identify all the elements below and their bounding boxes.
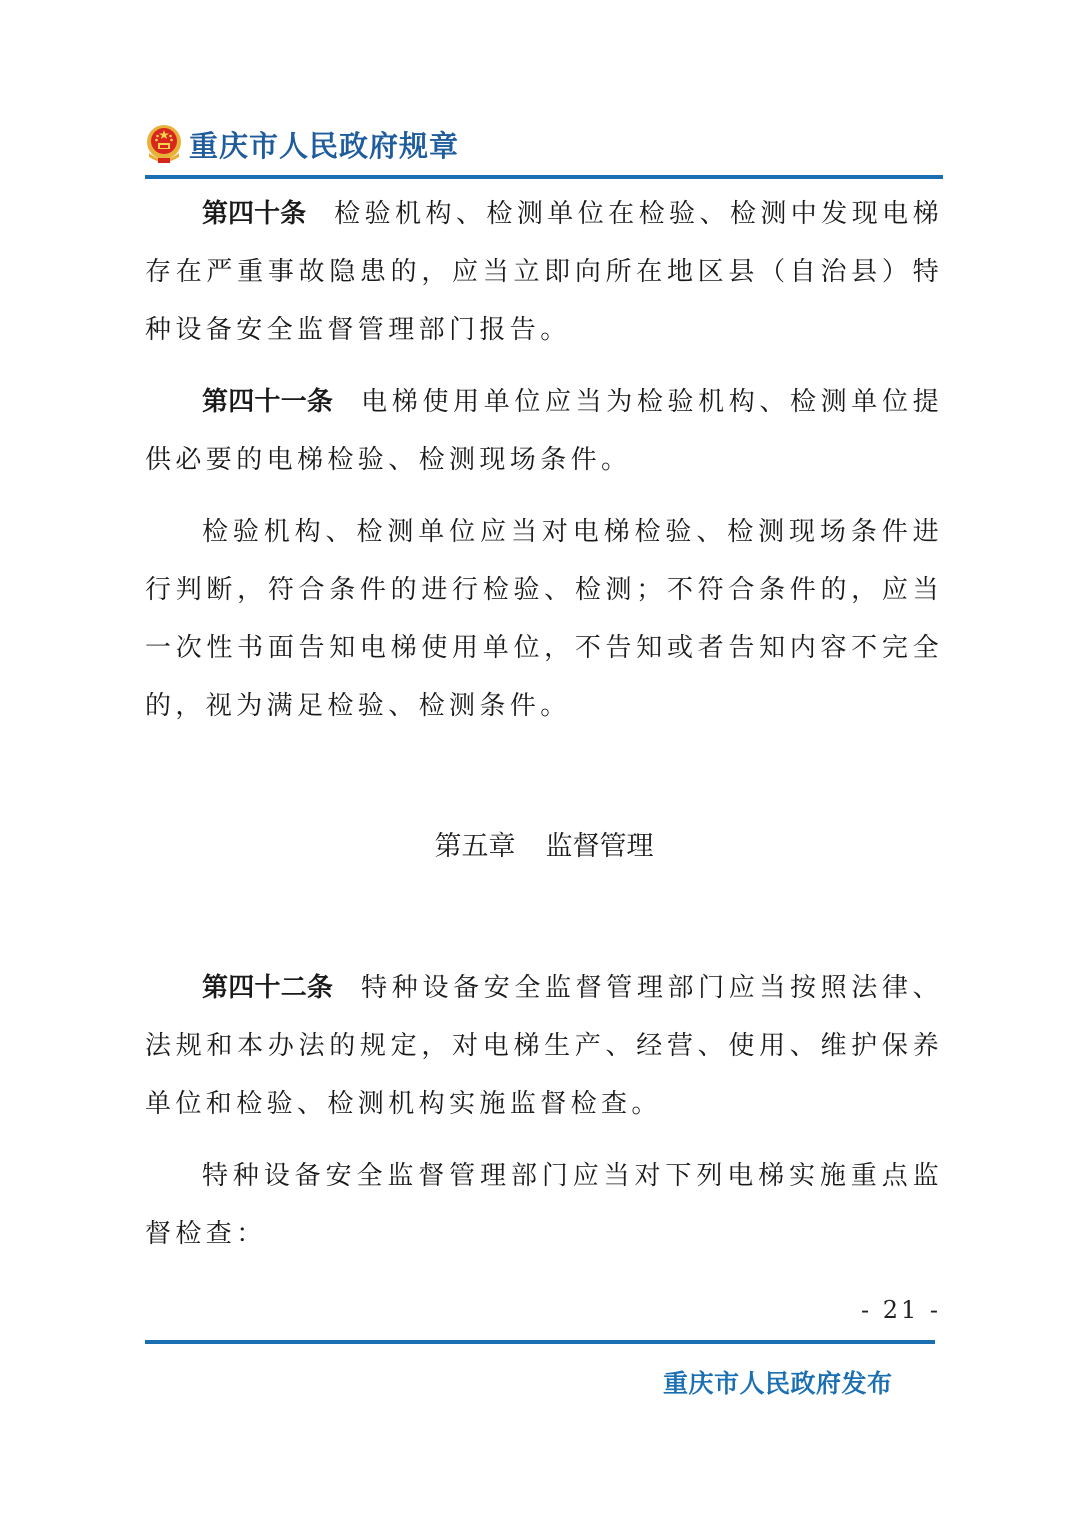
footer-publisher: 重庆市人民政府发布: [663, 1364, 893, 1400]
chapter-number: 第五章: [435, 831, 516, 862]
national-emblem-icon: [145, 123, 183, 165]
article-42-paragraph-2: 特种设备安全监督管理部门应当对下列电梯实施重点监督检查：: [145, 1147, 943, 1263]
footer-divider: [145, 1340, 935, 1344]
article-label: 第四十条: [202, 199, 306, 229]
article-41-paragraph-2: 检验机构、检测单位应当对电梯检验、检测现场条件进行判断，符合条件的进行检验、检测…: [145, 503, 943, 735]
article-41: 第四十一条电梯使用单位应当为检验机构、检测单位提供必要的电梯检验、检测现场条件。: [145, 373, 943, 489]
header-divider: [145, 175, 943, 179]
article-40: 第四十条检验机构、检测单位在检验、检测中发现电梯存在严重事故隐患的，应当立即向所…: [145, 185, 943, 359]
article-label: 第四十一条: [202, 387, 333, 417]
chapter-title: 监督管理: [546, 831, 654, 862]
article-label: 第四十二条: [202, 973, 333, 1003]
header-title: 重庆市人民政府规章: [189, 124, 459, 165]
page-number: - 21 -: [861, 1296, 941, 1324]
article-42: 第四十二条特种设备安全监督管理部门应当按照法律、法规和本办法的规定，对电梯生产、…: [145, 959, 943, 1133]
page-header: 重庆市人民政府规章: [145, 120, 459, 168]
chapter-heading: 第五章监督管理: [145, 817, 943, 877]
document-body: 第四十条检验机构、检测单位在检验、检测中发现电梯存在严重事故隐患的，应当立即向所…: [145, 185, 943, 1263]
